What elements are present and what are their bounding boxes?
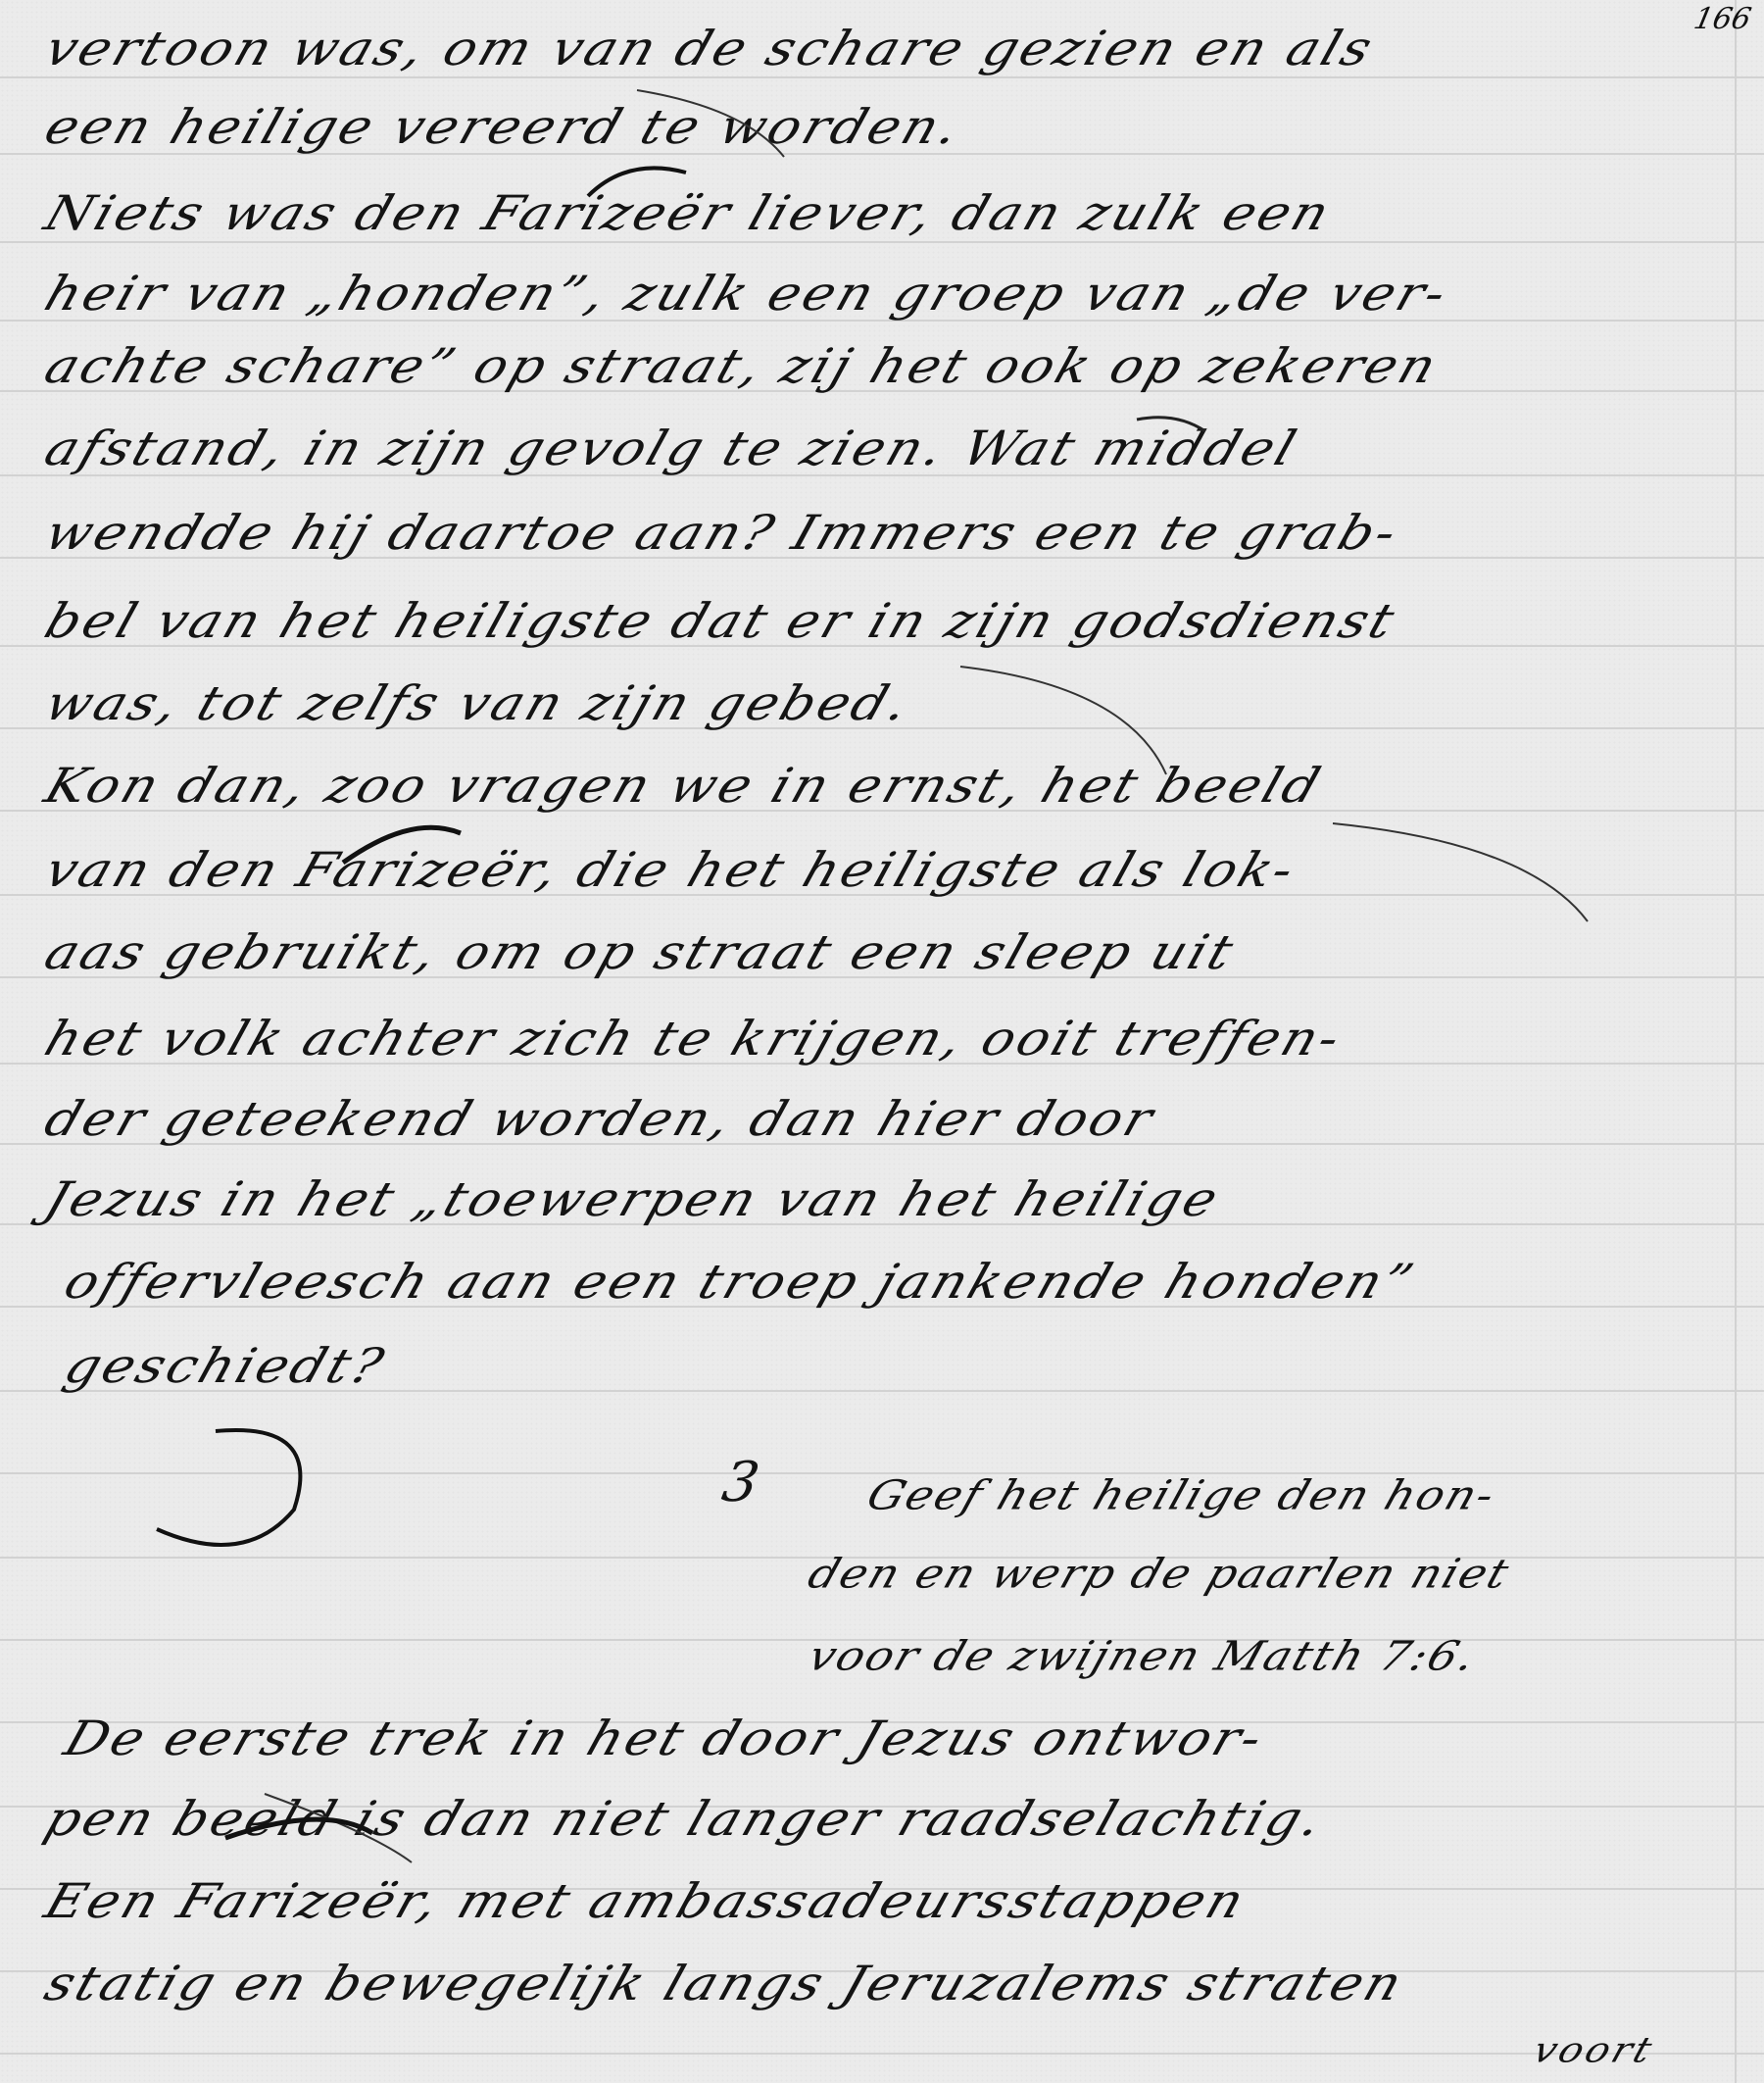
scripture-quote-line: den en werp de paarlen niet (804, 1554, 1515, 1594)
text-line: statig en bewegelijk langs Jeruzalems st… (39, 1959, 1410, 2008)
text-line: het volk achter zich te krijgen, ooit tr… (39, 1015, 1348, 1063)
text-line: was, tot zelfs van zijn gebed. (39, 679, 917, 727)
text-line: der geteekend worden, dan hier door (39, 1095, 1161, 1143)
text-line: aas gebruikt, om op straat een sleep uit (39, 928, 1242, 976)
ruled-line (0, 2053, 1764, 2055)
text-line: offervleesch aan een troep jankende hond… (59, 1258, 1421, 1306)
scripture-quote-line: voor de zwijnen Matth 7:6. (804, 1636, 1483, 1676)
ruled-line (0, 241, 1764, 243)
section-number: 3 (717, 1451, 763, 1514)
text-line: De eerste trek in het door Jezus ontwor- (59, 1714, 1271, 1762)
text-line: Kon dan, zoo vragen we in ernst, het bee… (39, 762, 1328, 810)
text-line: een heilige vereerd te worden. (39, 103, 967, 151)
scripture-quote-line: Geef het heilige den hon- (862, 1475, 1501, 1515)
text-line: Niets was den Farizeër liever, dan zulk … (39, 189, 1338, 237)
text-line: achte schare” op straat, zij het ook op … (39, 342, 1445, 390)
text-line: voort (1529, 2033, 1659, 2068)
text-line: geschiedt? (59, 1342, 392, 1390)
text-line: van den Farizeër, die het heiligste als … (39, 846, 1302, 894)
text-line: wendde hij daartoe aan? Immers een te gr… (39, 509, 1405, 557)
text-line: Een Farizeër, met ambassadeursstappen (39, 1877, 1252, 1925)
text-line: Jezus in het „toewerpen van het heilige (39, 1175, 1226, 1223)
text-line: pen beeld is dan niet langer raadselacht… (39, 1795, 1331, 1843)
page-number: 166 (1690, 2, 1754, 36)
text-line: heir van „honden”, zulk een groep van „d… (39, 270, 1454, 318)
text-line: bel van het heiligste dat er in zijn god… (39, 597, 1402, 645)
text-line: afstand, in zijn gevolg te zien. Wat mid… (39, 424, 1304, 472)
manuscript-page: 166 vertoon was, om van de schare gezien… (0, 0, 1764, 2083)
page-edge (1735, 0, 1737, 2083)
text-line: vertoon was, om van de schare gezien en … (39, 25, 1380, 73)
ruled-line (0, 76, 1764, 78)
